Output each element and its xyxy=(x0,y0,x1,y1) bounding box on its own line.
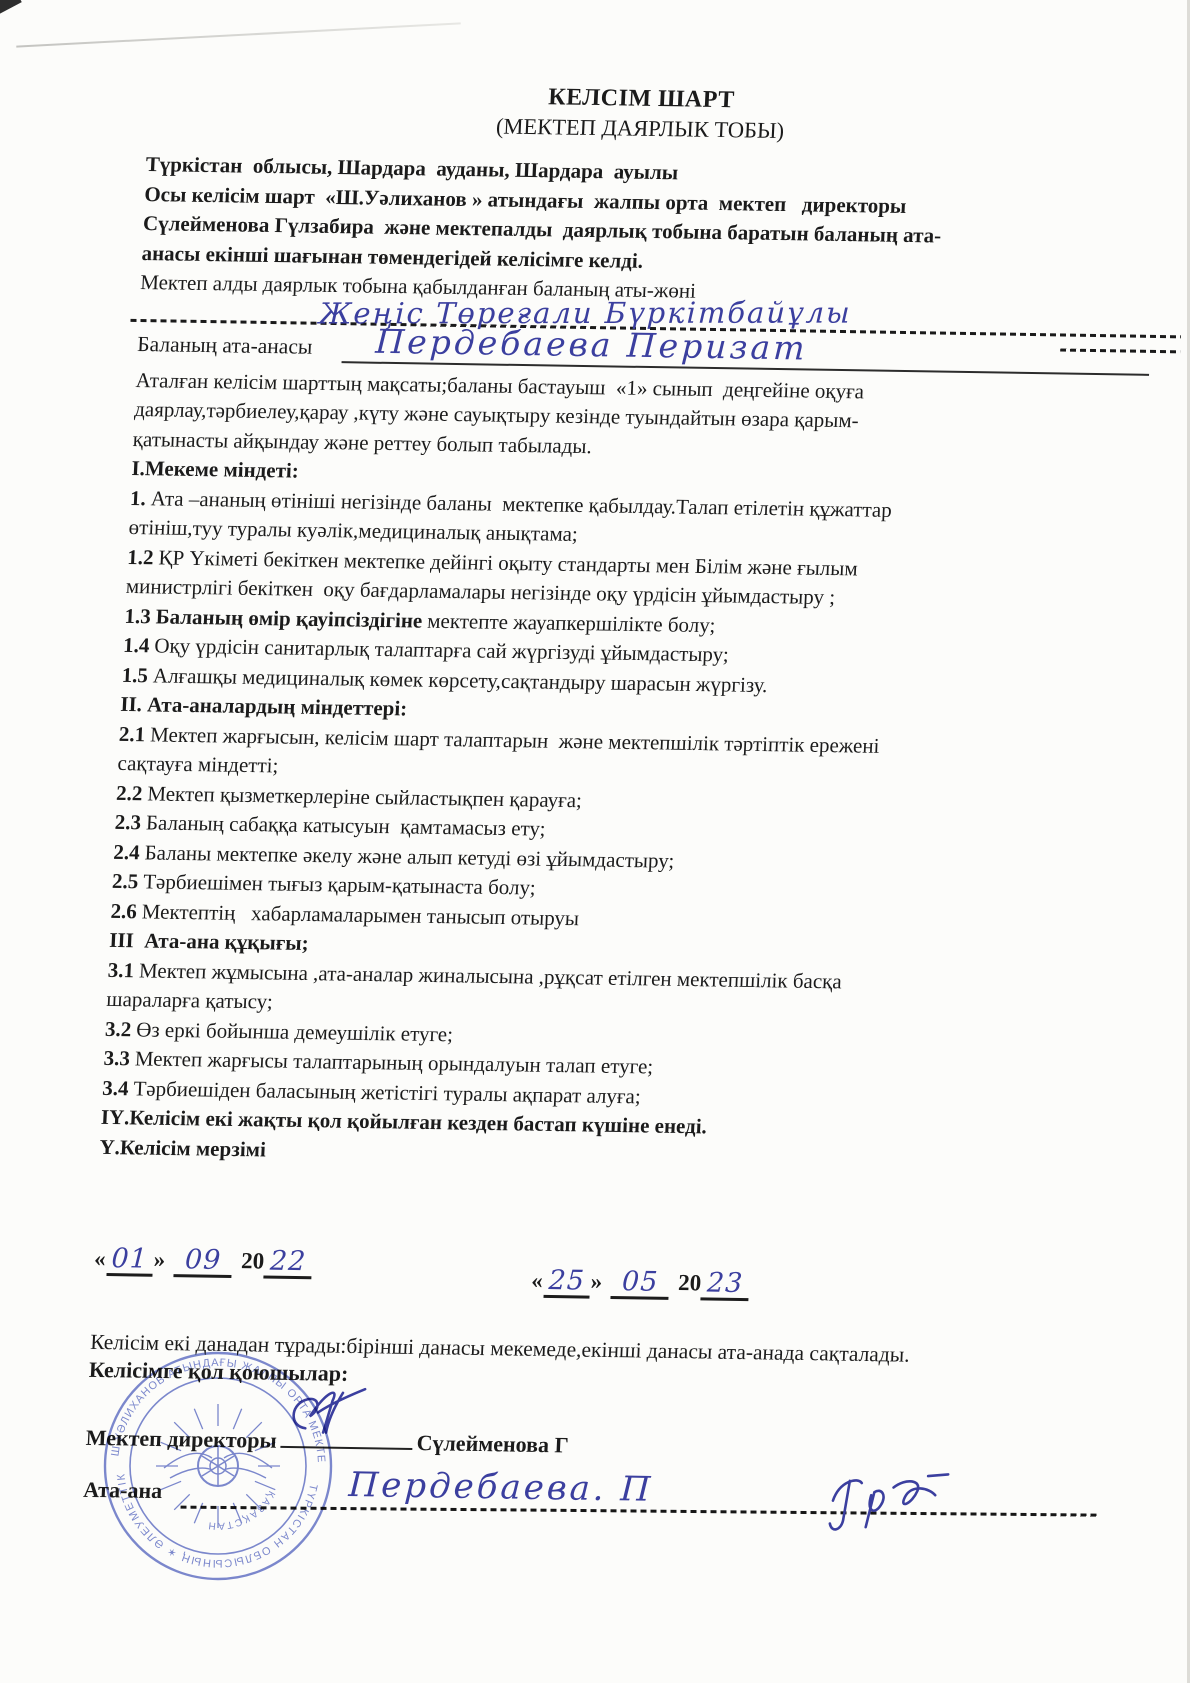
parent-sign-handwriting: Пердебаева. П xyxy=(348,1464,654,1509)
start-date: «01»092022 xyxy=(93,1242,312,1279)
parent-name-handwriting: Пердебаева Перизат xyxy=(375,321,809,367)
end-month-blank: 05 xyxy=(610,1265,670,1300)
end-year-blank: 23 xyxy=(700,1266,750,1301)
start-year-prefix: 20 xyxy=(241,1248,265,1273)
end-day-handwriting: 25 xyxy=(548,1265,586,1297)
director-name: Сүлейменова Г xyxy=(416,1430,569,1457)
end-year-prefix: 20 xyxy=(678,1270,702,1295)
start-day-handwriting: 01 xyxy=(111,1243,149,1275)
stamp-shanyrak-cross xyxy=(202,1446,234,1486)
parent-signature xyxy=(821,1464,965,1546)
parent-name-label: Баланың ата-анасы xyxy=(137,331,313,358)
end-date: «25»052023 xyxy=(530,1264,749,1301)
scan-corner-artifact xyxy=(0,0,22,14)
start-month-blank: 09 xyxy=(173,1243,233,1278)
end-year-handwriting: 23 xyxy=(706,1267,744,1299)
start-month-handwriting: 09 xyxy=(184,1244,222,1276)
contract-document: КЕЛСІМ ШАРТ (МЕКТЕП ДАЯРЛЫК ТОБЫ) Түркіс… xyxy=(82,76,1135,1538)
end-day-blank: 25 xyxy=(543,1264,591,1299)
contract-dates: «01»092022 «25»052023 xyxy=(93,1242,1080,1309)
svg-text:ҚАЗАҚСТАН: ҚАЗАҚСТАН xyxy=(206,1489,277,1531)
start-day-blank: 01 xyxy=(106,1242,154,1277)
start-year-handwriting: 22 xyxy=(269,1246,307,1278)
end-month-handwriting: 05 xyxy=(621,1266,659,1298)
dashed-line-stub xyxy=(1060,348,1180,353)
stamp-country-text: ҚАЗАҚСТАН xyxy=(206,1489,277,1531)
paper-edge-line xyxy=(16,22,460,47)
school-stamp: Ш.УӘЛИХАНОВ АТЫНДАҒЫ ЖАЛПЫ ОРТА МЕКТЕБІ … xyxy=(100,1348,336,1584)
start-year-blank: 22 xyxy=(263,1245,313,1280)
